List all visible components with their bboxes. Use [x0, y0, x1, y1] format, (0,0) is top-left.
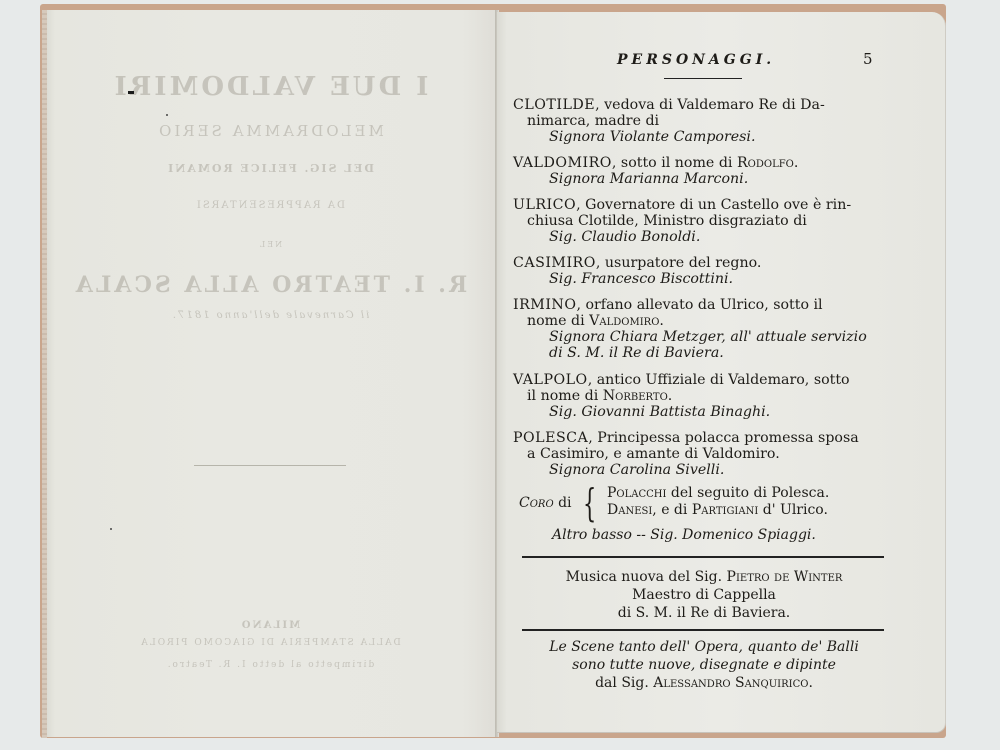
character-description: , Principessa polacca promessa sposa [588, 430, 858, 446]
character-description: , antico Uffiziale di Valdemaro, sotto [588, 372, 850, 388]
character-name: VALPOLO [513, 372, 588, 388]
character-description: , usurpatore del regno. [596, 255, 762, 271]
character-entry: POLESCA, Principessa polacca promessa sp… [513, 430, 893, 478]
character-description: nome di [527, 313, 589, 329]
credit-text: sono tutte nuove, disegnate e dipinte [513, 656, 895, 674]
music-credit: Musica nuova del Sig. Pietro de Winter M… [513, 568, 895, 622]
singer-name: Signora Chiara Metzger, all' attuale ser… [513, 329, 893, 345]
character-name: CLOTILDE [513, 97, 595, 113]
character-entry: IRMINO, orfano allevato da Ulrico, sotto… [513, 297, 893, 361]
credit-text: Le Scene tanto dell' Opera, quanto de' B… [513, 638, 895, 656]
singer-name: Sig. Claudio Bonoldi. [513, 229, 893, 245]
singer-name: Signora Marianna Marconi. [513, 171, 893, 187]
character-name: CASIMIRO [513, 255, 596, 271]
bleed-season: il Carnevale dell'anno 1817. [44, 310, 496, 321]
singer-note: di S. M. il Re di Baviera. [513, 345, 893, 361]
chorus-label-text: Coro [519, 495, 554, 511]
character-name: POLESCA [513, 430, 588, 446]
character-description: nimarca, madre di [513, 113, 893, 129]
bleed-subtitle: MELODRAMMA SERIO [44, 122, 496, 140]
singer-name: Signora Violante Camporesi. [513, 129, 893, 145]
page-number: 5 [863, 50, 873, 68]
character-entry: VALDOMIRO, sotto il nome di Rodolfo. Sig… [513, 155, 893, 187]
composer-name: Pietro de Winter [727, 569, 843, 585]
bleed-address: dirimpetto al detto I. R. Teatro. [44, 660, 496, 670]
ink-speck [128, 91, 134, 94]
character-entry: ULRICO, Governatore di un Castello ove è… [513, 197, 893, 245]
ink-speck [110, 528, 112, 530]
chorus-description: d' Ulrico. [758, 502, 828, 518]
character-entry: CASIMIRO, usurpatore del regno. Sig. Fra… [513, 255, 893, 287]
page-title: PERSONAGGI. [617, 52, 775, 68]
section-divider [522, 629, 884, 631]
singer-name: Signora Carolina Sivelli. [513, 462, 893, 478]
credit-text: Maestro di Cappella [513, 586, 895, 604]
brace-icon: { [583, 483, 596, 523]
section-divider [522, 556, 884, 558]
character-alias: Valdomiro. [589, 313, 664, 329]
chorus-group: Partigiani [692, 502, 758, 518]
bleed-line: NEL [44, 240, 496, 249]
character-description: , vedova di Valdemaro Re di Da- [595, 97, 825, 113]
bleed-theatre: R. I. TEATRO ALLA SCALA [44, 272, 496, 298]
chorus-line: Danesi, e di Partigiani d' Ulrico. [607, 502, 828, 518]
chorus-line: Polacchi del seguito di Polesca. [607, 485, 829, 501]
bleed-rule [194, 465, 346, 466]
singer-name: Sig. Giovanni Battista Binaghi. [513, 404, 893, 420]
credit-text: dal Sig. [595, 675, 653, 691]
credit-text: Musica nuova del Sig. [566, 569, 727, 585]
chorus-description: del seguito di Polesca. [666, 485, 829, 501]
left-page-bleed-through: I DUE VALDOMIRI MELODRAMMA SERIO DEL SIG… [44, 10, 496, 737]
character-description: , Governatore di un Castello ove è rin- [576, 197, 851, 213]
bleed-line: DA RAPPRESENTARSI [44, 200, 496, 211]
character-description: , sotto il nome di [612, 155, 737, 171]
character-description: il nome di [527, 388, 603, 404]
character-description: a Casimiro, e amante di Valdomiro. [513, 446, 893, 462]
chorus-group: Polacchi [607, 485, 666, 501]
chorus-group: Danesi [607, 502, 652, 518]
singer-name: Sig. Francesco Biscottini. [513, 271, 893, 287]
designer-name: Alessandro Sanquirico. [653, 675, 813, 691]
character-entry: VALPOLO, antico Uffiziale di Valdemaro, … [513, 372, 893, 420]
ink-speck [166, 114, 168, 116]
credit-text: di S. M. il Re di Baviera. [513, 604, 895, 622]
scenery-credit: Le Scene tanto dell' Opera, quanto de' B… [513, 638, 895, 692]
character-name: VALDOMIRO [513, 155, 612, 171]
bleed-title: I DUE VALDOMIRI [44, 72, 496, 102]
additional-cast: Altro basso -- Sig. Domenico Spiaggi. [552, 527, 816, 543]
character-entry: CLOTILDE, vedova di Valdemaro Re di Da- … [513, 97, 893, 145]
character-name: ULRICO [513, 197, 576, 213]
chorus-label: Coro di [519, 495, 572, 511]
title-underline [664, 78, 742, 79]
chorus-label-suffix: di [554, 495, 572, 511]
character-description: , orfano allevato da Ulrico, sotto il [576, 297, 822, 313]
chorus-description: , e di [652, 502, 692, 518]
character-name: IRMINO [513, 297, 576, 313]
bleed-author: DEL SIG. FELICE ROMANI [44, 162, 496, 175]
character-alias: Rodolfo. [737, 155, 798, 171]
character-alias: Norberto. [603, 388, 673, 404]
bleed-city: MILANO [44, 620, 496, 631]
character-description: chiusa Clotilde, Ministro disgraziato di [513, 213, 893, 229]
bleed-printer: DALLA STAMPERIA DI GIACOMO PIROLA [44, 638, 496, 648]
